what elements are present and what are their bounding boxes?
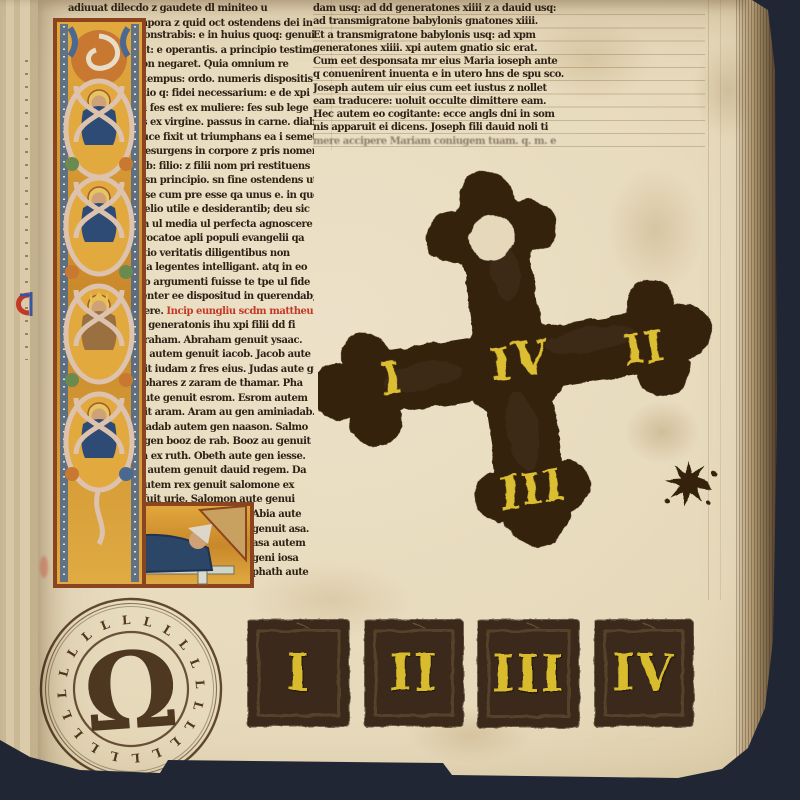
manuscript-text-line: Hec autem eo cogitante: ecce angls dni i…	[313, 108, 579, 121]
manuscript-text-line: mere accipere Mariam coniugem tuam. q. m…	[313, 135, 579, 148]
jesse-figures	[65, 81, 133, 544]
stamp-ring-glyph: L	[181, 718, 198, 733]
manuscript-text-line: Joseph autem uir eius cum eet iustus z n…	[313, 82, 579, 95]
stamp-ring-glyph: L	[56, 666, 72, 678]
ink-splat	[656, 452, 726, 516]
manuscript-text-line: Cum eet desponsata mr eius Maria ioseph …	[313, 55, 579, 68]
red-ink-smudge	[40, 556, 48, 578]
answer-button-1[interactable]: I	[248, 620, 349, 726]
manuscript-text-line: q conuenirent inuenta e in utero hns de …	[313, 68, 579, 81]
manuscript-text-line: genuit asa.	[252, 523, 314, 538]
button-label: IV	[612, 648, 676, 698]
manuscript-text-line: dam usq: ad dd generatones xiiii z a dau…	[313, 2, 579, 15]
stamp-ring-glyph: L	[187, 657, 203, 671]
stamp-ring-glyph: L	[190, 700, 206, 712]
cross-numeral-center: IV	[485, 329, 554, 392]
manuscript-column-2: dam usq: ad dd generatones xiiii z a dau…	[313, 2, 579, 148]
button-label: I	[286, 648, 310, 698]
stamp-ring-glyph: L	[55, 689, 70, 699]
manuscript-text-line: phath aute	[252, 566, 314, 581]
answer-button-3[interactable]: III	[478, 620, 579, 727]
manuscript-text-line: generatones xiiii. xpi autem gnatio sic …	[313, 42, 579, 55]
stamp-ring-glyph: L	[176, 637, 193, 653]
manuscript-text-line: ad transmigratone babylonis gnatones xii…	[313, 15, 579, 28]
button-label: II	[390, 648, 439, 698]
stamp-ring-glyph: L	[64, 645, 81, 660]
manuscript-text-line: asa autem	[252, 537, 314, 552]
manuscript-text-line: eam traducere: uoluit occulte dimittere …	[313, 95, 579, 108]
manuscript-text-line: Abia aute	[252, 508, 314, 523]
manuscript-book: adiuuat dilecdo z gaudete dl miniteo url…	[0, 0, 800, 800]
stamp-ring-glyph: L	[59, 708, 75, 722]
answer-button-row: I II III IV	[248, 620, 708, 732]
answer-button-2[interactable]: II	[365, 620, 463, 726]
manuscript-text-line: geni iosa	[252, 552, 314, 567]
cross-numeral-bottom: III	[496, 460, 568, 519]
margin-paragraph-mark	[8, 290, 36, 318]
stamp-ring-glyph: L	[121, 613, 131, 628]
button-label: III	[492, 648, 565, 698]
manuscript-text-line: Et a transmigratone babylonis usq: ad xp…	[313, 29, 579, 42]
cross-numeral-right: II	[619, 321, 669, 376]
manuscript-column-1-side: Abia autegenuit asa.asa autemgeni iosaph…	[252, 508, 314, 581]
omega-symbol: Ω	[80, 625, 183, 756]
omega-stamp: LLLLLLLLLLLLLLLLLLLL Ω	[30, 588, 233, 791]
stamp-ring-glyph: L	[193, 679, 208, 689]
page-edge-stack	[736, 0, 778, 800]
stamp-ring-glyph: L	[70, 725, 87, 741]
illuminated-initial	[50, 14, 255, 589]
answer-button-4[interactable]: IV	[595, 620, 693, 726]
manuscript-text-line: nis apparuit ei dicens. Joseph fili daui…	[313, 121, 579, 134]
